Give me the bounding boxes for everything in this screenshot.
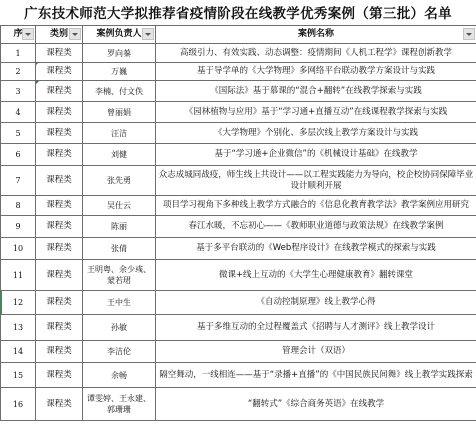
cell-category[interactable]: 课程类 xyxy=(36,44,83,63)
header-case-name: 案例名称 xyxy=(156,26,476,44)
cell-seq[interactable]: 11 xyxy=(1,260,36,291)
cell-case-name[interactable]: 《自动控制原理》线上教学心得 xyxy=(156,291,476,315)
table-row[interactable]: 16课程类谭雯婷、王永建、郭珊珊“翻转式”《综合商务英语》在线教学 xyxy=(1,388,476,421)
cell-case-name[interactable]: 隔空舞动，一线相连——基于“录播+直播”的《中国民族民间舞》线上教学实践探索 xyxy=(156,363,476,388)
cell-case-name[interactable]: 高级引力、有效实践、动态调整：疫情期间《人机工程学》课程创新教学 xyxy=(156,44,476,63)
table-row[interactable]: 13课程类孙敏基于多维互动的全过程覆盖式《招聘与人才测评》线上教学设计 xyxy=(1,315,476,341)
cell-case-name[interactable]: 《大学物理》个别化、多层次线上教学方案设计与实践 xyxy=(156,123,476,144)
cell-seq[interactable]: 4 xyxy=(1,102,36,123)
cell-seq[interactable]: 7 xyxy=(1,166,36,196)
cell-seq[interactable]: 3 xyxy=(1,81,36,102)
table-row[interactable]: 11课程类王明粤、余少彧、蒙若珺微课+线上互动的《大学生心理健康教育》翻转课堂 xyxy=(1,260,476,291)
cell-seq[interactable]: 1 xyxy=(1,44,36,63)
header-row: 序 类别 案例负责人 案例名称 xyxy=(1,26,476,44)
header-owner: 案例负责人 xyxy=(83,26,156,44)
cell-category[interactable]: 课程类 xyxy=(36,341,83,363)
header-case-name-label: 案例名称 xyxy=(298,29,334,40)
comment-indicator-icon xyxy=(36,62,39,65)
sheet-title: 广东技术师范大学拟推荐省疫情阶段在线教学优秀案例（第三批）名单 xyxy=(0,3,476,25)
cell-owner[interactable]: 刘健 xyxy=(83,144,156,166)
cell-case-name[interactable]: 管理会计（双语） xyxy=(156,341,476,363)
cell-case-name[interactable]: 基于多维互动的全过程覆盖式《招聘与人才测评》线上教学设计 xyxy=(156,315,476,341)
cell-owner[interactable]: 汪洁 xyxy=(83,123,156,144)
header-seq: 序 xyxy=(1,26,36,44)
cell-case-name[interactable]: 微课+线上互动的《大学生心理健康教育》翻转课堂 xyxy=(156,260,476,291)
table-row[interactable]: 5课程类汪洁《大学物理》个别化、多层次线上教学方案设计与实践 xyxy=(1,123,476,144)
spreadsheet: 广东技术师范大学拟推荐省疫情阶段在线教学优秀案例（第三批）名单 序 类别 案例负… xyxy=(0,0,476,425)
dropdown-arrow-icon[interactable] xyxy=(142,28,154,40)
table-row[interactable]: 15课程类余畅隔空舞动，一线相连——基于“录播+直播”的《中国民族民间舞》线上教… xyxy=(1,363,476,388)
table-row[interactable]: 14课程类李洁伦管理会计（双语） xyxy=(1,341,476,363)
table-body: 1课程类罗向蓁高级引力、有效实践、动态调整：疫情期间《人机工程学》课程创新教学2… xyxy=(1,44,476,421)
cell-category[interactable]: 课程类 xyxy=(36,388,83,421)
cell-category[interactable]: 课程类 xyxy=(36,315,83,341)
cell-owner[interactable]: 万巍 xyxy=(83,63,156,81)
cell-seq[interactable]: 15 xyxy=(1,363,36,388)
cell-owner[interactable]: 陈丽 xyxy=(83,216,156,238)
cell-case-name[interactable]: 基于多平台联动的《Web程序设计》在线教学模式的探索与实践 xyxy=(156,238,476,260)
cell-category[interactable]: 课程类 xyxy=(36,81,83,102)
cell-owner[interactable]: 张倩 xyxy=(83,238,156,260)
cell-owner[interactable]: 余畅 xyxy=(83,363,156,388)
cell-owner[interactable]: 罗向蓁 xyxy=(83,44,156,63)
cell-owner[interactable]: 孙敏 xyxy=(83,315,156,341)
cell-case-name[interactable]: 众志成城同战疫，师生线上共设计——以工程实践能力为导向，校企校协同保障毕业设计顺… xyxy=(156,166,476,196)
table-row[interactable]: 7课程类张先勇众志成城同战疫，师生线上共设计——以工程实践能力为导向，校企校协同… xyxy=(1,166,476,196)
dropdown-arrow-icon[interactable] xyxy=(69,28,81,40)
cell-case-name[interactable]: 基于“学习通+企业微信”的《机械设计基础》在线教学 xyxy=(156,144,476,166)
table-row[interactable]: 8课程类吴仕云项目学习视角下多种线上教学方式融合的《信息化教育教学法》教学案例应… xyxy=(1,196,476,216)
cell-category[interactable]: 课程类 xyxy=(36,123,83,144)
cell-case-name[interactable]: “翻转式”《综合商务英语》在线教学 xyxy=(156,388,476,421)
dropdown-arrow-icon[interactable] xyxy=(463,28,475,40)
cell-owner[interactable]: 李楠、付文佚 xyxy=(83,81,156,102)
cell-owner[interactable]: 曾丽娟 xyxy=(83,102,156,123)
cell-category[interactable]: 课程类 xyxy=(36,216,83,238)
cell-case-name[interactable]: 《国际法》基于慕课的“混合+翻转”在线教学探索与实践 xyxy=(156,81,476,102)
cell-owner[interactable]: 吴仕云 xyxy=(83,196,156,216)
cell-seq[interactable]: 10 xyxy=(1,238,36,260)
header-category: 类别 xyxy=(36,26,83,44)
dropdown-arrow-icon[interactable] xyxy=(22,28,34,40)
table-row[interactable]: 12课程类王中生《自动控制原理》线上教学心得 xyxy=(1,291,476,315)
cell-seq[interactable]: 13 xyxy=(1,315,36,341)
cell-category[interactable]: 课程类 xyxy=(36,238,83,260)
comment-indicator-icon xyxy=(36,81,39,84)
cell-category[interactable]: 课程类 xyxy=(36,260,83,291)
cell-case-name[interactable]: 项目学习视角下多种线上教学方式融合的《信息化教育教学法》教学案例应用研究 xyxy=(156,196,476,216)
cell-category[interactable]: 课程类 xyxy=(36,102,83,123)
table-row[interactable]: 10课程类张倩基于多平台联动的《Web程序设计》在线教学模式的探索与实践 xyxy=(1,238,476,260)
cell-category[interactable]: 课程类 xyxy=(36,166,83,196)
cell-owner[interactable]: 王明粤、余少彧、蒙若珺 xyxy=(83,260,156,291)
table-row[interactable]: 3课程类李楠、付文佚《国际法》基于慕课的“混合+翻转”在线教学探索与实践 xyxy=(1,81,476,102)
cell-category[interactable]: 课程类 xyxy=(36,291,83,315)
cell-seq[interactable]: 16 xyxy=(1,388,36,421)
table-row[interactable]: 9课程类陈丽春江水暖，不忘初心——《教师职业道德与政策法规》在线教学案例 xyxy=(1,216,476,238)
cell-owner[interactable]: 王中生 xyxy=(83,291,156,315)
table-row[interactable]: 6课程类刘健基于“学习通+企业微信”的《机械设计基础》在线教学 xyxy=(1,144,476,166)
cell-category[interactable]: 课程类 xyxy=(36,363,83,388)
cell-category[interactable]: 课程类 xyxy=(36,144,83,166)
cases-table: 序 类别 案例负责人 案例名称 1课程类罗向蓁高级引力、有效实践、动态调整：疫情… xyxy=(0,25,476,421)
cell-category[interactable]: 课程类 xyxy=(36,63,83,81)
cell-seq[interactable]: 5 xyxy=(1,123,36,144)
cell-owner[interactable]: 谭雯婷、王永建、郭珊珊 xyxy=(83,388,156,421)
cell-case-name[interactable]: 《园林植物与应用》基于“学习通+直播互动”在线课程教学探索与实践 xyxy=(156,102,476,123)
table-row[interactable]: 1课程类罗向蓁高级引力、有效实践、动态调整：疫情期间《人机工程学》课程创新教学 xyxy=(1,44,476,63)
cell-seq[interactable]: 6 xyxy=(1,144,36,166)
cell-seq[interactable]: 8 xyxy=(1,196,36,216)
cell-seq[interactable]: 9 xyxy=(1,216,36,238)
table-row[interactable]: 4课程类曾丽娟《园林植物与应用》基于“学习通+直播互动”在线课程教学探索与实践 xyxy=(1,102,476,123)
cell-case-name[interactable]: 基于导学单的《大学物理》多网络平台联动教学方案设计与实践 xyxy=(156,63,476,81)
header-category-label: 类别 xyxy=(50,29,68,40)
table-row[interactable]: 2课程类万巍基于导学单的《大学物理》多网络平台联动教学方案设计与实践 xyxy=(1,63,476,81)
cell-owner[interactable]: 张先勇 xyxy=(83,166,156,196)
cell-case-name[interactable]: 春江水暖，不忘初心——《教师职业道德与政策法规》在线教学案例 xyxy=(156,216,476,238)
cell-seq[interactable]: 2 xyxy=(1,63,36,81)
cell-category[interactable]: 课程类 xyxy=(36,196,83,216)
cell-owner[interactable]: 李洁伦 xyxy=(83,341,156,363)
cell-seq[interactable]: 14 xyxy=(1,341,36,363)
header-owner-label: 案例负责人 xyxy=(96,29,141,40)
cell-seq[interactable]: 12 xyxy=(1,291,36,315)
